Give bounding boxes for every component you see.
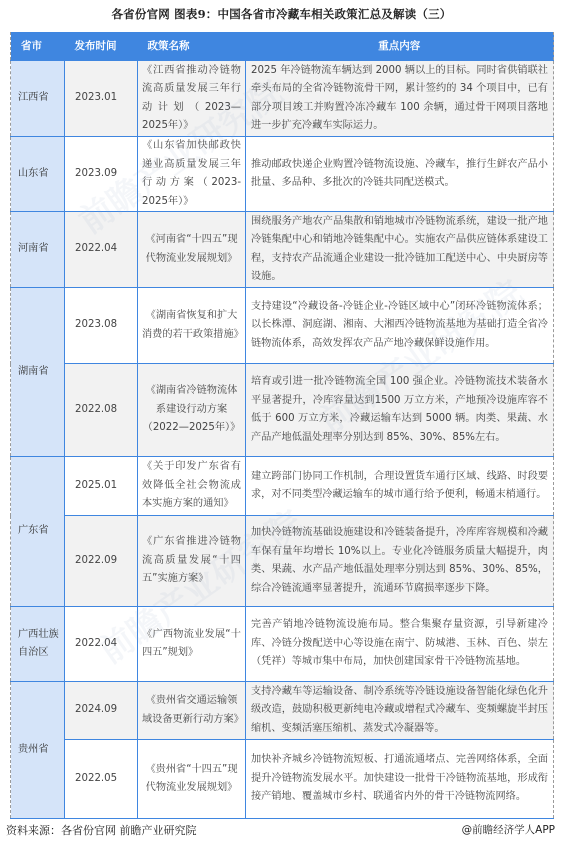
header-content: 重点内容 (246, 32, 554, 61)
table-row: 广西壮族自治区 2022.04 《广西物流业发展“十四五”规划》 完善产销地冷链… (11, 607, 554, 682)
province-cell: 贵州省 (11, 682, 65, 819)
content-cell: 建立跨部门协同工作机制，合理设置货车通行区域、线路、时段要求，对不同类型冷藏运输… (246, 457, 554, 516)
date-cell: 2024.09 (65, 682, 138, 740)
policy-name-cell: 《山东省加快邮政快递业高质量发展三年行动方案（2023-2025年）》 (138, 137, 246, 212)
table-row: 2022.05 《贵州省“十四五”现代物流业发展规划》 加快补齐城乡冷链物流短板… (11, 740, 554, 819)
table-row: 江西省 2023.01 《江西省推动冷链物流高质量发展三年行动计划（2023—2… (11, 61, 554, 137)
date-cell: 2022.04 (65, 607, 138, 682)
table-header-row: 省市 发布时间 政策名称 重点内容 (11, 32, 554, 61)
header-province: 省市 (11, 32, 65, 61)
date-cell: 2023.09 (65, 137, 138, 212)
table-row: 河南省 2022.04 《河南省“十四五”现代物流业发展规划》 围绕服务产地农产… (11, 212, 554, 288)
credit-note: @前瞻经济学人APP (462, 822, 555, 837)
content-cell: 完善产销地冷链物流设施布局。整合集聚存量资源，引导新建冷库、冷链分拨配送中心等设… (246, 607, 554, 682)
policy-name-cell: 《江西省推动冷链物流高质量发展三年行动计划（2023—2025年）》 (138, 61, 246, 137)
table-row: 2022.09 《广东省推进冷链物流高质量发展“十四五”实施方案》 加快冷链物流… (11, 516, 554, 607)
page-title: 各省份官网 图表9：中国各省市冷藏车相关政策汇总及解读（三） (0, 6, 563, 22)
source-note: 资料来源：各省份官网 前瞻产业研究院 (6, 822, 197, 838)
content-cell: 支持建设“冷藏设备-冷链企业-冷链区域中心”闭环冷链物流体系；以长株潭、洞庭湖、… (246, 288, 554, 364)
content-cell: 加快补齐城乡冷链物流短板、打通流通堵点、完善网络体系，全面提升冷链物流发展水平。… (246, 740, 554, 819)
table-row: 广东省 2025.01 《关于印发广东省有效降低全社会物流成本实施方案的通知》 … (11, 457, 554, 516)
table-row: 湖南省 2023.08 《湖南省恢复和扩大消费的若干政策措施》 支持建设“冷藏设… (11, 288, 554, 364)
date-cell: 2022.09 (65, 516, 138, 607)
content-cell: 支持冷藏车等运输设备、制冷系统等冷链设施设备智能化绿色化升级改造，鼓励积极更新纯… (246, 682, 554, 740)
province-cell: 广西壮族自治区 (11, 607, 65, 682)
table-row: 山东省 2023.09 《山东省加快邮政快递业高质量发展三年行动方案（2023-… (11, 137, 554, 212)
date-cell: 2023.08 (65, 288, 138, 364)
content-cell: 2025 年冷链物流车辆达到 2000 辆以上的目标。同时省供销联社牵头布局的全… (246, 61, 554, 137)
policy-name-cell: 《贵州省交通运输领域设备更新行动方案》 (138, 682, 246, 740)
policy-name-cell: 《广西物流业发展“十四五”规划》 (138, 607, 246, 682)
content-cell: 培育或引进一批冷链物流全国 100 强企业。冷链物流技术装备水平显著提升，冷库容… (246, 364, 554, 457)
policy-name-cell: 《湖南省冷链物流体系建设行动方案（2022—2025年）》 (138, 364, 246, 457)
province-cell: 河南省 (11, 212, 65, 288)
date-cell: 2022.04 (65, 212, 138, 288)
date-cell: 2025.01 (65, 457, 138, 516)
province-cell: 广东省 (11, 457, 65, 607)
province-cell: 江西省 (11, 61, 65, 137)
policy-name-cell: 《广东省推进冷链物流高质量发展“十四五”实施方案》 (138, 516, 246, 607)
policy-table: 省市 发布时间 政策名称 重点内容 江西省 2023.01 《江西省推动冷链物流… (10, 32, 554, 819)
province-cell: 山东省 (11, 137, 65, 212)
date-cell: 2022.08 (65, 364, 138, 457)
policy-name-cell: 《关于印发广东省有效降低全社会物流成本实施方案的通知》 (138, 457, 246, 516)
date-cell: 2022.05 (65, 740, 138, 819)
date-cell: 2023.01 (65, 61, 138, 137)
policy-name-cell: 《河南省“十四五”现代物流业发展规划》 (138, 212, 246, 288)
header-policy: 政策名称 (138, 32, 246, 61)
content-cell: 加快冷链物流基础设施建设和冷链装备提升，冷库库容规模和冷藏车保有量年均增长 10… (246, 516, 554, 607)
province-cell: 湖南省 (11, 288, 65, 457)
content-cell: 推动邮政快递企业购置冷链物流设施、冷藏车，推行生鲜农产品小批量、多品种、多批次的… (246, 137, 554, 212)
policy-name-cell: 《贵州省“十四五”现代物流业发展规划》 (138, 740, 246, 819)
content-cell: 围绕服务产地农产品集散和销地城市冷链物流系统，建设一批产地冷链集配中心和销地冷链… (246, 212, 554, 288)
table-row: 贵州省 2024.09 《贵州省交通运输领域设备更新行动方案》 支持冷藏车等运输… (11, 682, 554, 740)
policy-name-cell: 《湖南省恢复和扩大消费的若干政策措施》 (138, 288, 246, 364)
table-row: 2022.08 《湖南省冷链物流体系建设行动方案（2022—2025年）》 培育… (11, 364, 554, 457)
header-date: 发布时间 (65, 32, 138, 61)
